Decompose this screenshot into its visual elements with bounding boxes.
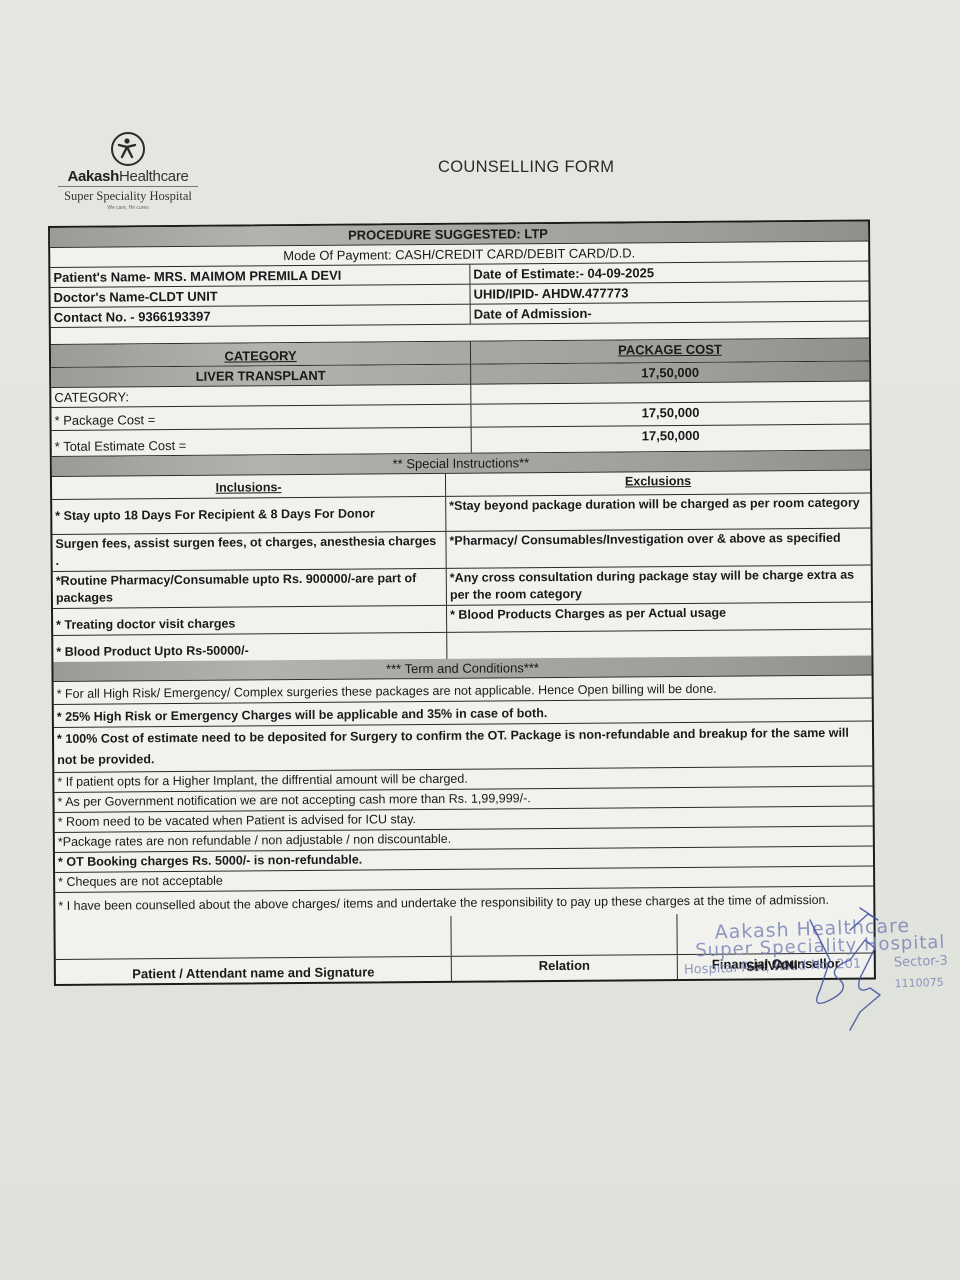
patient-name: Patient's Name- MRS. MAIMOM PREMILA DEVI <box>50 265 470 287</box>
document-page: AakashHealthcare Super Speciality Hospit… <box>0 0 960 1280</box>
form-title: COUNSELLING FORM <box>438 158 614 177</box>
instruction-row: *Routine Pharmacy/Consumable upto Rs. 90… <box>53 566 871 609</box>
uhid-ipid: UHID/IPID- AHDW.477773 <box>470 282 868 304</box>
inclusion-item: * Stay upto 18 Days For Recipient & 8 Da… <box>52 497 446 534</box>
package-cost-value: 17,50,000 <box>471 402 869 427</box>
package-cost-label: * Package Cost = <box>51 405 471 430</box>
hospital-logo: AakashHealthcare Super Speciality Hospit… <box>58 132 198 211</box>
inclusion-item: * Blood Product Upto Rs-50000/- <box>53 633 447 662</box>
logo-subtitle: Super Speciality Hospital <box>58 189 198 204</box>
counsellor-name: SHIVANI <box>746 957 798 974</box>
procedure-name: LIVER TRANSPLANT <box>51 365 471 387</box>
exclusion-item: *Pharmacy/ Consumables/Investigation ove… <box>446 529 870 568</box>
term-item: * 100% Cost of estimate need to be depos… <box>54 722 872 772</box>
doctor-name: Doctor's Name-CLDT UNIT <box>50 285 470 307</box>
stamp-line-4: Sector-3 <box>894 954 948 971</box>
counsellor-signature-field[interactable] <box>677 913 873 955</box>
exclusions-heading: Exclusions <box>446 471 870 496</box>
relation-label: Relation <box>452 955 678 981</box>
inclusion-item: * Treating doctor visit charges <box>53 606 447 635</box>
contact-number: Contact No. - 9366193397 <box>51 305 471 327</box>
patient-signature-field[interactable] <box>55 916 451 959</box>
exclusion-item: * Blood Products Charges as per Actual u… <box>447 603 871 632</box>
procedure-cost: 17,50,000 <box>471 362 869 384</box>
inclusion-item: Surgen fees, assist surgen fees, ot char… <box>52 532 446 571</box>
logo-brand-bold: Aakash <box>67 168 119 185</box>
category-label: CATEGORY: <box>51 385 471 407</box>
package-cost-column-header: PACKAGE COST <box>471 339 869 364</box>
term-item-row: * 100% Cost of estimate need to be depos… <box>54 722 872 773</box>
stamp-line-5: 1110075 <box>894 976 943 991</box>
total-estimate-label: * Total Estimate Cost = <box>52 428 472 456</box>
category-column-header: CATEGORY <box>51 342 471 367</box>
logo-brand-rest: Healthcare <box>119 168 189 185</box>
date-of-admission: Date of Admission- <box>471 302 869 324</box>
patient-signature-label: Patient / Attendant name and Signature <box>56 957 452 984</box>
exclusion-item: *Stay beyond package duration will be ch… <box>446 494 870 531</box>
exclusion-item: *Any cross consultation during package s… <box>447 566 871 605</box>
relation-field[interactable] <box>451 914 677 956</box>
inclusions-heading: Inclusions- <box>52 474 446 499</box>
signature-space-row <box>55 913 873 960</box>
logo-person-icon <box>111 132 145 166</box>
date-of-estimate: Date of Estimate:- 04-09-2025 <box>470 262 868 284</box>
logo-brand: AakashHealthcare <box>58 168 198 187</box>
terms-list: * For all High Risk/ Emergency/ Complex … <box>54 676 874 919</box>
exclusion-item <box>447 630 871 659</box>
total-estimate-value: 17,50,000 <box>472 425 870 453</box>
logo-tagline: We care, He cures <box>58 205 198 211</box>
instructions-list: * Stay upto 18 Days For Recipient & 8 Da… <box>52 494 871 662</box>
instruction-row: Surgen fees, assist surgen fees, ot char… <box>52 529 870 572</box>
counselling-form-table: PROCEDURE SUGGESTED: LTP Mode Of Payment… <box>48 220 876 986</box>
inclusion-item: *Routine Pharmacy/Consumable upto Rs. 90… <box>53 569 447 608</box>
